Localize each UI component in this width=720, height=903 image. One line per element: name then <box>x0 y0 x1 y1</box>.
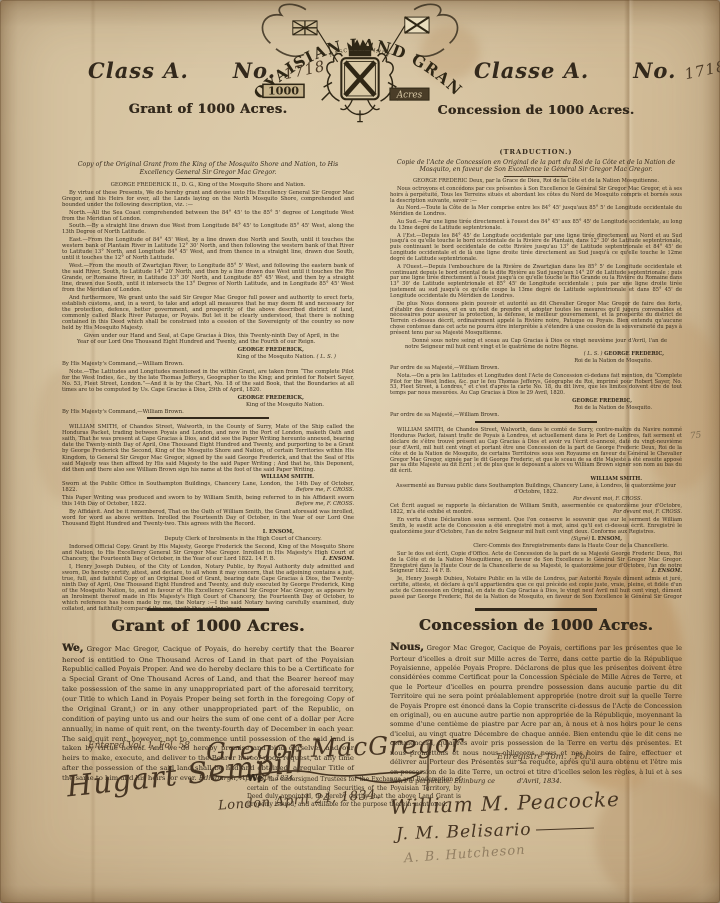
dubieu-certification: I, Henry Joseph Dubieu, of the City of L… <box>62 564 354 611</box>
plaque-acres-text: Acres <box>396 90 423 100</box>
furthermore-clause: And furthermore, We grant unto the said … <box>62 295 354 331</box>
indorsed-clause: Indorsed Official Copy. Grant by His Maj… <box>62 544 354 562</box>
pencil-margin-note: 75 <box>690 430 702 441</box>
certificate-number: 1718 <box>282 57 327 83</box>
faint-signature: A. B. Hutcheson <box>404 843 526 866</box>
shield-saltire-icon <box>341 58 378 99</box>
class-header-left: Class A.No. 1718 <box>88 58 327 83</box>
ensom-short-signature: I. ENSOM. <box>316 556 354 562</box>
king-signature-title: Roi de la Nation de Mosquito. <box>390 406 682 412</box>
sworn-clause: Assermenté au Bureau public dans Southam… <box>390 484 682 496</box>
boundary-north: Au Nord.—Toute la Côte de la Mer compris… <box>390 206 682 218</box>
ensom-signature: I. ENSOM, <box>62 529 354 535</box>
king-signature-title: King of the Mosquito Nation. ( L. S. ) <box>62 354 354 360</box>
boundary-east: A l'Est.—Depuis les 84° 45' de Longitude… <box>390 234 682 263</box>
signe-mark: (Signé) <box>571 536 590 542</box>
sworn-clause: Sworn at the Public Office in Southampto… <box>62 481 354 493</box>
class-label: Class A. <box>88 58 189 83</box>
class-label: Classe A. <box>474 58 589 83</box>
trustee-lead-word: We, <box>247 773 266 784</box>
king-title-line: GEORGE FREDERIC Deux, par la Grace de Di… <box>390 179 682 185</box>
boundary-west: A l'Ouest.—Depuis l'embouchure de la Riv… <box>390 265 682 300</box>
before-me-cross: Before me, F. CROSS. <box>296 501 354 507</box>
english-column: Copy of the Original Grant from the King… <box>62 161 354 611</box>
belisario-signature: J. M. Belisario <box>396 818 594 845</box>
grant-intro: Nous octroyons et concédons par ces prés… <box>390 187 682 205</box>
section-divider <box>147 417 269 420</box>
plaque-1000-text: 1000 <box>268 84 299 98</box>
grant-heading: Grant of 1000 Acres. <box>62 616 354 635</box>
french-column: (TRADUCTION.) Copie de l'Acte de Concess… <box>390 149 682 599</box>
section-title-english: Grant of 1000 Acres. <box>62 102 354 117</box>
given-clause: Donné sous notre seing et sceau au Cap G… <box>405 339 667 351</box>
ensom-title: Deputy Clerk of Inrolments in the High C… <box>132 536 354 542</box>
command-line: Par ordre de sa Majesté,—William Brown. <box>390 413 682 419</box>
edinburgh-date-suffix: d'Avril, 1834. <box>517 777 562 785</box>
no-label: No. <box>633 58 676 83</box>
furthermore-clause: De plus Nous donnons plein pouvoir et au… <box>390 302 682 337</box>
by-affidavit-clause: By Affidavit. And be it remembered, That… <box>62 509 354 527</box>
ensom-signature-text: I. ENSOM, <box>592 536 622 542</box>
king-title-line: GEORGE FREDERICK II., D. G., King of the… <box>62 182 354 188</box>
belisario-name: J. M. Belisario <box>396 820 532 845</box>
divider-rule <box>504 176 568 177</box>
indorsed-text: Indorsed Official Copy. Grant by His Maj… <box>62 544 354 562</box>
entered-volume-note: Entered Vol. 1, Fol. 58 <box>88 741 190 751</box>
certificate-number: 1718 <box>683 57 720 83</box>
ensom-short-signature: I. ENSOM. <box>645 569 682 575</box>
dubieu-certification: Je, Henry Joseph Dubieu, Notaire Public … <box>390 577 682 599</box>
before-me-cross: Before me, F. CROSS. <box>296 487 354 493</box>
before-me-cross: Par devant moi, F. CROSS. <box>613 510 682 516</box>
king-signature-text: GEORGE FREDERIC, <box>604 351 664 357</box>
ensom-title: Clerc-Commis des Enregistrements dans la… <box>460 544 682 550</box>
note-paragraph: Nota.—On a pris les Latitudes et Longitu… <box>390 374 682 398</box>
king-signature: GEORGE FREDERICK, <box>62 347 354 353</box>
boundary-east: East.—From the Longitude of 84° 45' West… <box>62 237 354 261</box>
smith-signature: WILLIAM SMITH. <box>62 474 354 480</box>
command-line: By His Majesty's Command,—William Brown. <box>62 409 354 415</box>
acreage-plaque-left: 1000 <box>263 84 304 98</box>
section-divider <box>475 421 597 424</box>
grant-lead-word: We, <box>62 642 83 654</box>
copy-heading: Copie de l'Acte de Concession en Origina… <box>390 159 682 175</box>
grant-lead-word: Nous, <box>390 641 424 653</box>
section-divider <box>147 608 269 611</box>
boundary-north: North.—All the Sea Coast comprehended be… <box>62 210 354 222</box>
note-paragraph: Note.—The Latitudes and Longitudes menti… <box>62 369 354 393</box>
acreage-plaque-right: Acres <box>390 88 429 100</box>
smith-affidavit: WILLIAM SMITH, of Chandos Street, Walwor… <box>62 424 354 472</box>
divider-rule <box>176 178 240 179</box>
indorsed-clause: Sur le dos est écrit, Copie d'Office. Ac… <box>390 552 682 576</box>
traduction-heading: (TRADUCTION.) <box>390 149 682 157</box>
class-header-right: Classe A.No. 1718 <box>474 58 720 83</box>
command-line: Par ordre de sa Majesté,—William Brown. <box>390 366 682 372</box>
poyais-land-grant-certificate: POYAISIAN LAND GRANT. NASCITUR VINDT <box>0 0 720 903</box>
enregistre-volume-note: Enregistré Tom. , Fol. <box>497 752 590 762</box>
grant-heading: Concession de 1000 Acres. <box>390 616 682 634</box>
indorsed-text: Sur le dos est écrit, Copie d'Office. Ac… <box>390 551 682 575</box>
given-clause: Given under our Hand and Seal, at Cape G… <box>77 333 339 345</box>
king-signature-title: King of the Mosquito Nation. <box>62 402 354 408</box>
copy-heading: Copy of the Original Grant from the King… <box>62 161 354 177</box>
king-title-text: King of the Mosquito Nation. <box>237 354 315 360</box>
king-signature: GEORGE FREDERICK, <box>62 395 354 401</box>
smith-affidavit: WILLIAM SMITH, de Chandos Street, Walwor… <box>390 428 682 475</box>
boundary-west: West.—From the mouth of Zwartzjian River… <box>62 263 354 293</box>
grant-intro: By virtue of these Presents, We do hereb… <box>62 190 354 208</box>
smith-signature: WILLIAM SMITH. <box>390 477 682 483</box>
paper-writing-clause: This Paper Writing was produced and swor… <box>62 495 354 507</box>
command-line: By His Majesty's Command,—William Brown. <box>62 361 354 367</box>
pen-dash <box>536 828 594 831</box>
seal-mark: ( L. S. ) <box>316 354 336 360</box>
seal-mark: ( L. S. ) <box>584 351 603 357</box>
section-divider <box>475 608 597 611</box>
section-title-french: Concession de 1000 Acres. <box>390 102 682 117</box>
paper-writing-clause: Cet Écrit auquel se rapporte la déclarat… <box>390 504 682 516</box>
boundary-south: Au Sud.—Par une ligne tirée directement … <box>390 220 682 232</box>
by-affidavit-clause: En vertu d'une Déclaration sous serment.… <box>390 518 682 536</box>
boundary-south: South.—By a straight line drawn due West… <box>62 223 354 235</box>
no-label: No. <box>233 58 276 83</box>
